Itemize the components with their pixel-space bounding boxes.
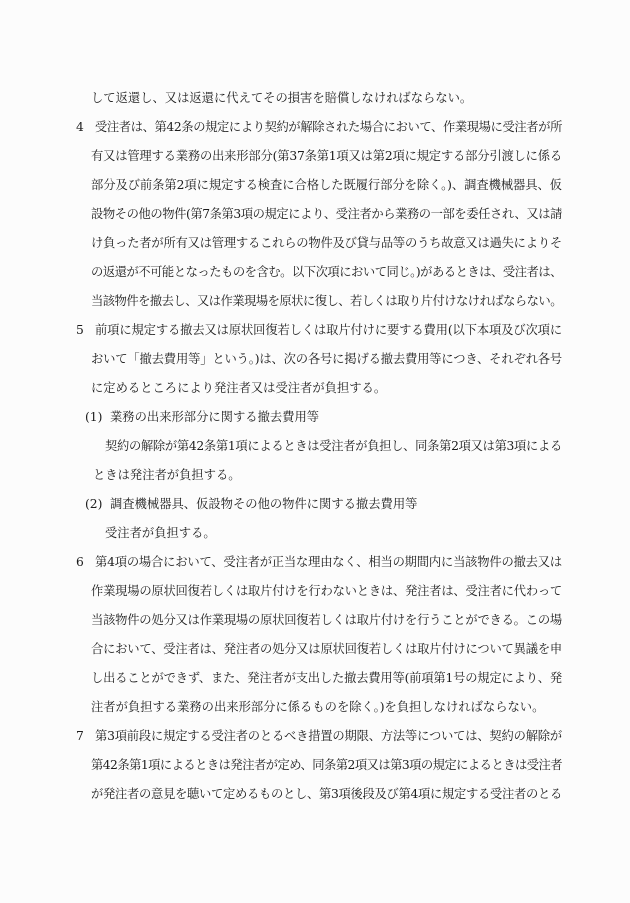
line-text: 設物その他の物件(第7条第3項の規定により、受注者から業務の一部を委任され、又は…	[91, 200, 562, 229]
clause-number: 4	[76, 113, 84, 142]
line-text: け負った者が所有又は管理するこれらの物件及び貸与品等のうち故意又は過失によりそ	[91, 229, 562, 258]
text-line: 契約の解除が第42条第1項によるときは受注者が負担し、同条第2項又は第3項による	[0, 432, 630, 461]
text-line: が発注者の意見を聴いて定めるものとし、第3項後段及び第4項に規定する受注者のとる	[0, 780, 630, 809]
text-line: 第4項の場合において、受注者が正当な理由なく、相当の期間内に当該物件の撤去又は6	[0, 548, 630, 577]
line-text: 第4項の場合において、受注者が正当な理由なく、相当の期間内に当該物件の撤去又は	[95, 548, 562, 577]
text-line: 第42条第1項によるときは発注者が定め、同条第2項又は第3項の規定によるときは受…	[0, 751, 630, 780]
line-text: おいて「撤去費用等」という。)は、次の各号に掲げる撤去費用等につき、それぞれ各号	[91, 345, 562, 374]
line-text: 当該物件を撤去し、又は作業現場を原状に復し、若しくは取り片付けなければならない。	[91, 287, 562, 316]
text-line: 当該物件を撤去し、又は作業現場を原状に復し、若しくは取り片付けなければならない。	[0, 287, 630, 316]
text-line: け負った者が所有又は管理するこれらの物件及び貸与品等のうち故意又は過失によりそ	[0, 229, 630, 258]
text-line: に定めるところにより発注者又は受注者が負担する。	[0, 374, 630, 403]
line-text: 第3項前段に規定する受注者のとるべき措置の期限、方法等については、契約の解除が	[95, 722, 562, 751]
document-page: して返還し、又は返還に代えてその損害を賠償しなければならない。受注者は、第42条…	[0, 0, 630, 903]
text-line: ときは発注者が負担する。	[0, 461, 630, 490]
line-text: 前項に規定する撤去又は原状回復若しくは取片付けに要する費用(以下本項及び次項に	[95, 316, 562, 345]
line-text: して返還し、又は返還に代えてその損害を賠償しなければならない。	[91, 84, 472, 113]
line-text: 業務の出来形部分に関する撤去費用等	[110, 403, 319, 432]
text-line: 第3項前段に規定する受注者のとるべき措置の期限、方法等については、契約の解除が7	[0, 722, 630, 751]
line-text: 有又は管理する業務の出来形部分(第37条第1項又は第2項に規定する部分引渡しに係…	[91, 142, 562, 171]
line-text: 契約の解除が第42条第1項によるときは受注者が負担し、同条第2項又は第3項による	[105, 432, 562, 461]
text-line: の返還が不可能となったものを含む。以下次項において同じ。)があるときは、受注者は…	[0, 258, 630, 287]
line-text: が発注者の意見を聴いて定めるものとし、第3項後段及び第4項に規定する受注者のとる	[91, 780, 562, 809]
clause-number: 7	[76, 722, 84, 751]
text-line: 業務の出来形部分に関する撤去費用等(1)	[0, 403, 630, 432]
text-line: 受注者は、第42条の規定により契約が解除された場合において、作業現場に受注者が所…	[0, 113, 630, 142]
text-line: 調査機械器具、仮設物その他の物件に関する撤去費用等(2)	[0, 490, 630, 519]
text-line: して返還し、又は返還に代えてその損害を賠償しなければならない。	[0, 84, 630, 113]
line-text: ときは発注者が負担する。	[93, 461, 241, 490]
line-text: 受注者が負担する。	[105, 519, 216, 548]
line-text: 部分及び前条第2項に規定する検査に合格した既履行部分を除く。)、調査機械器具、仮	[91, 171, 562, 200]
line-text: し出ることができず、また、発注者が支出した撤去費用等(前項第1号の規定により、発	[91, 664, 562, 693]
text-line: 合において、受注者は、発注者の処分又は原状回復若しくは取片付けについて異議を申	[0, 635, 630, 664]
list-item-marker: (2)	[85, 490, 102, 519]
text-line: おいて「撤去費用等」という。)は、次の各号に掲げる撤去費用等につき、それぞれ各号	[0, 345, 630, 374]
text-line: 設物その他の物件(第7条第3項の規定により、受注者から業務の一部を委任され、又は…	[0, 200, 630, 229]
text-line: 受注者が負担する。	[0, 519, 630, 548]
line-text: 当該物件の処分又は作業現場の原状回復若しくは取片付けを行うことができる。この場	[91, 606, 562, 635]
line-text: 調査機械器具、仮設物その他の物件に関する撤去費用等	[110, 490, 417, 519]
text-line: 有又は管理する業務の出来形部分(第37条第1項又は第2項に規定する部分引渡しに係…	[0, 142, 630, 171]
text-line: 前項に規定する撤去又は原状回復若しくは取片付けに要する費用(以下本項及び次項に5	[0, 316, 630, 345]
text-line: 作業現場の原状回復若しくは取片付けを行わないときは、発注者は、受注者に代わって	[0, 577, 630, 606]
clause-number: 6	[76, 548, 84, 577]
line-text: 合において、受注者は、発注者の処分又は原状回復若しくは取片付けについて異議を申	[91, 635, 562, 664]
clause-number: 5	[76, 316, 84, 345]
line-text: に定めるところにより発注者又は受注者が負担する。	[91, 374, 386, 403]
line-text: 受注者は、第42条の規定により契約が解除された場合において、作業現場に受注者が所	[95, 113, 562, 142]
text-line: 部分及び前条第2項に規定する検査に合格した既履行部分を除く。)、調査機械器具、仮	[0, 171, 630, 200]
line-text: 作業現場の原状回復若しくは取片付けを行わないときは、発注者は、受注者に代わって	[91, 577, 562, 606]
line-text: 第42条第1項によるときは発注者が定め、同条第2項又は第3項の規定によるときは受…	[91, 751, 562, 780]
text-line: 当該物件の処分又は作業現場の原状回復若しくは取片付けを行うことができる。この場	[0, 606, 630, 635]
line-text: の返還が不可能となったものを含む。以下次項において同じ。)があるときは、受注者は…	[91, 258, 562, 287]
text-line: し出ることができず、また、発注者が支出した撤去費用等(前項第1号の規定により、発	[0, 664, 630, 693]
line-text: 注者が負担する業務の出来形部分に係るものを除く。)を負担しなければならない。	[91, 693, 544, 722]
text-line: 注者が負担する業務の出来形部分に係るものを除く。)を負担しなければならない。	[0, 693, 630, 722]
list-item-marker: (1)	[85, 403, 102, 432]
